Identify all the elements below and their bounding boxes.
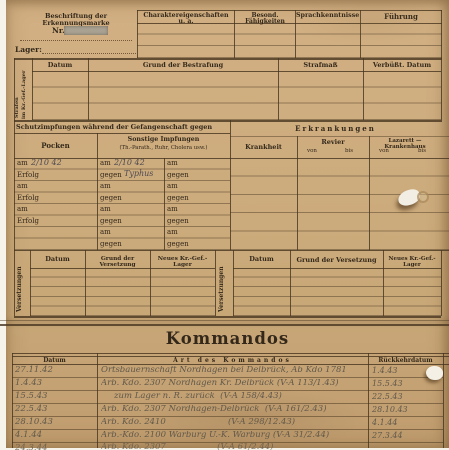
vacc-cell: gegen [100, 195, 122, 202]
lager-label: Lager: [15, 46, 42, 54]
vacc-cell: am [100, 183, 111, 190]
handwritten-return-date: 4.1.44 [372, 419, 440, 427]
handwritten-detail: Arb. Kdo. 2307 Nordhagen-Delbrück (V-A 1… [101, 405, 366, 414]
scanned-pow-card: Beschriftung der Erkennungsmarke Nr. Lag… [0, 0, 449, 450]
vacc-col-sonstige-sub: (Th.-Parath., Ruhr, Cholera usw.) [97, 146, 230, 151]
punish-col-grund: Grund der Bestrafung [88, 62, 278, 69]
transfer-col-datum-2: Datum [233, 256, 290, 263]
transfer-col-neues-2: Neues Kr.-Gef.-Lager [383, 257, 441, 268]
vaccinations-title: Schutzimpfungen während der Gefangenscha… [16, 124, 212, 131]
handwritten-detail: Arb. Kdo. 2307 Nordhagen Kr. Delbrück (V… [101, 379, 366, 388]
handwritten-entry: 2/10 42 [31, 159, 62, 167]
punish-col-verbuesst: Verbüßt. Datum [363, 62, 441, 69]
rule [14, 158, 230, 250]
kommando-col-art: Art des Kommandos [97, 358, 368, 364]
ill-lazarett-bis: bis [418, 149, 426, 155]
vacc-cell: Erfolg [17, 195, 39, 202]
punish-col-datum: Datum [32, 62, 88, 69]
printed-word: am [100, 159, 111, 167]
handwritten-date: 28.10.43 [15, 418, 95, 427]
vacc-cell: gegen [100, 218, 122, 225]
rule [234, 10, 235, 58]
rule [137, 10, 138, 58]
vacc-cell: am [100, 229, 111, 236]
rule [14, 58, 442, 60]
transfer-col-grund-2: Grund der Versetzung [290, 257, 383, 264]
handwritten-date: 4.1.44 [15, 431, 95, 440]
printed-word: am [100, 182, 111, 190]
handwritten-date: 27.11.42 [15, 366, 95, 375]
nr-label: Nr. [52, 27, 65, 35]
rule [230, 136, 449, 137]
id-number-box [64, 26, 108, 35]
printed-word: gegen [100, 217, 122, 225]
printed-word: gegen [167, 240, 189, 248]
conduct-header: Führung [361, 13, 441, 20]
vacc-col-pocken: Pocken [14, 142, 97, 149]
printed-word: Erfolg [17, 194, 39, 202]
ill-col-revier: Revier [297, 139, 369, 146]
printed-word: am [167, 182, 178, 190]
kommandos-title: Kommandos [6, 331, 449, 348]
vacc-cell: am [17, 183, 28, 190]
vacc-cell: am [167, 206, 178, 213]
handwritten-detail: Arb. Kdo. 2307 (V-A 61/2.44) [101, 443, 366, 450]
printed-word: gegen [167, 194, 189, 202]
printed-word: gegen [167, 171, 189, 179]
rule [14, 250, 15, 316]
printed-word: am [17, 205, 28, 213]
handwritten-return-date: 27.3.44 [372, 432, 440, 440]
rule [443, 353, 444, 448]
rule [441, 10, 442, 58]
printed-word: gegen [167, 217, 189, 225]
transfer-col-datum: Datum [30, 256, 85, 263]
printed-word: am [167, 205, 178, 213]
ill-revier-bis: bis [345, 149, 353, 155]
punch-hole [426, 366, 443, 380]
handwritten-date: 1.4.43 [15, 379, 95, 388]
printed-word: am [167, 159, 178, 167]
vacc-cell: Erfolg [17, 172, 39, 179]
handwritten-date: 15.5.43 [15, 392, 95, 401]
transfers-side-label-left: Versetzungen [17, 256, 23, 312]
rule [137, 23, 442, 58]
vacc-cell: Erfolg [17, 218, 39, 225]
rule [30, 268, 215, 316]
rule [14, 316, 441, 318]
rule [42, 53, 136, 54]
illnesses-title: Erkrankungen [230, 125, 441, 132]
vacc-cell: gegen [167, 172, 189, 179]
vacc-cell: am [100, 206, 111, 213]
handwritten-entry: 2/10 42 [114, 159, 145, 167]
kommando-col-datum: Datum [12, 358, 97, 364]
vacc-cell: gegen [167, 241, 189, 248]
printed-word: gegen [100, 171, 122, 179]
vacc-col-sonstige: Sonstige Impfungen [97, 137, 230, 143]
printed-word: gegen [100, 194, 122, 202]
rule [20, 40, 132, 41]
transfer-col-neues: Neues Kr.-Gef.-Lager [150, 257, 215, 269]
rule [14, 120, 442, 122]
handwritten-detail: zum Lager n. R. zurück (V-A 158/4.43) [114, 392, 366, 401]
transfers-side-label-right: Versetzungen [219, 256, 225, 312]
handwritten-detail: Arb.-Kdo. 2100 Warburg U.-K. Warburg (V-… [101, 431, 366, 440]
handwritten-date: 22.5.43 [15, 405, 95, 414]
punch-hole-ring [417, 191, 429, 203]
languages-header: Sprachkenntnisse [296, 13, 359, 19]
handwritten-detail: Ortsbauernschaft Nordhagen bei Delbrück,… [101, 366, 366, 375]
printed-word: am [167, 228, 178, 236]
vacc-cell: am [167, 160, 178, 167]
printed-word: am [17, 182, 28, 190]
handwritten-return-date: 15.5.43 [372, 380, 440, 388]
handwritten-return-date: 28.10.43 [372, 406, 440, 414]
ill-lazarett-von: von [379, 149, 389, 155]
printed-word: Erfolg [17, 217, 39, 225]
printed-word: gegen [100, 240, 122, 248]
handwritten-date: 24.3.44 [15, 444, 95, 450]
rule [0, 324, 449, 326]
vacc-cell: gegen [100, 241, 122, 248]
vacc-cell: am [167, 183, 178, 190]
punishments-side-label-2: im Kr.-Gef.-Lager [22, 59, 27, 119]
vacc-cell: gegen [100, 172, 122, 179]
rule [215, 250, 216, 316]
abilities-header: Besond. Fähigkeiten [236, 13, 294, 25]
rule [230, 158, 449, 250]
vacc-cell: gegen [167, 195, 189, 202]
printed-word: am [17, 159, 28, 167]
printed-word: am [100, 228, 111, 236]
handwritten-detail: Arb. Kdo. 2410 (V-A 298/12.43) [101, 418, 366, 427]
ill-revier-von: von [307, 149, 317, 155]
rule [0, 320, 449, 321]
card: Beschriftung der Erkennungsmarke Nr. Lag… [6, 0, 449, 448]
rule [441, 250, 442, 316]
handwritten-return-date: 22.5.43 [372, 393, 440, 401]
vacc-cell: gegen [167, 218, 189, 225]
vacc-cell: am [100, 160, 111, 167]
rule [137, 10, 442, 11]
printed-word: Erfolg [17, 171, 39, 179]
rule [233, 268, 441, 316]
rule [32, 71, 441, 120]
vacc-cell: am [17, 160, 28, 167]
id-tag-title: Beschriftung der Erkennungsmarke [14, 13, 138, 26]
ill-col-krankheit: Krankheit [230, 144, 297, 151]
vacc-cell: am [167, 229, 178, 236]
punishments-side-label: Strafen [15, 60, 20, 118]
handwritten-entry: Typhus [124, 170, 153, 178]
rule [14, 133, 230, 134]
rule [12, 353, 449, 354]
rule [441, 58, 442, 120]
transfer-col-grund: Grund der Versetzung [85, 257, 150, 269]
kommando-col-rueck: Rückkehrdatum [368, 358, 443, 364]
punish-col-strafmass: Strafmaß [278, 62, 363, 69]
printed-word: am [100, 205, 111, 213]
character-traits-header: Charaktereigenschaften u. a. [139, 13, 233, 26]
vacc-cell: am [17, 206, 28, 213]
